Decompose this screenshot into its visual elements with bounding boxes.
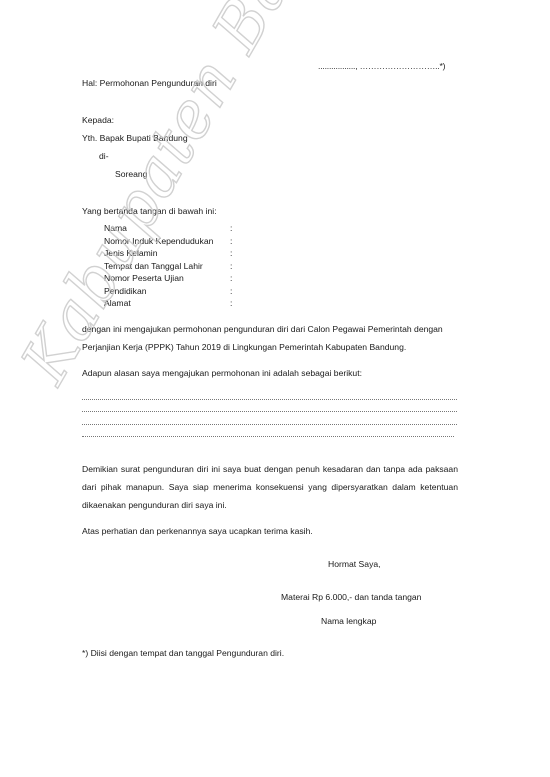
recipient-place: Soreang: [115, 169, 148, 179]
recipient-di: di-: [99, 151, 109, 161]
field-separator: :: [230, 297, 240, 310]
field-row: Pendidikan :: [104, 285, 264, 298]
request-paragraph: dengan ini mengajukan permohonan pengund…: [82, 320, 458, 356]
reason-dotted-line: [82, 387, 457, 400]
field-label: Nomor Induk Kependudukan: [104, 235, 230, 248]
field-separator: :: [230, 260, 240, 273]
closing-sentence: Atas perhatian dan perkenannya saya ucap…: [82, 526, 313, 536]
letter-subject: Hal: Permohonan Pengunduran diri: [82, 78, 217, 88]
field-label: Tempat dan Tanggal Lahir: [104, 260, 230, 273]
field-label: Nama: [104, 222, 230, 235]
field-separator: :: [230, 285, 240, 298]
recipient-name: Yth. Bapak Bupati Bandung: [82, 133, 188, 143]
signature-name: Nama lengkap: [321, 616, 376, 626]
field-row: Nama :: [104, 222, 264, 235]
field-row: Alamat :: [104, 297, 264, 310]
signatory-intro: Yang bertanda tangan di bawah ini:: [82, 206, 217, 216]
statement-paragraph: Demikian surat pengunduran diri ini saya…: [82, 460, 458, 514]
field-label: Nomor Peserta Ujian: [104, 272, 230, 285]
identity-fields: Nama : Nomor Induk Kependudukan : Jenis …: [104, 222, 264, 310]
field-label: Pendidikan: [104, 285, 230, 298]
reason-lines: [82, 387, 457, 437]
reason-dotted-line: [82, 425, 454, 438]
document-page: ................., ………………………..*) Hal: Pe…: [0, 0, 550, 777]
signature-salutation: Hormat Saya,: [328, 559, 381, 569]
footnote: *) Diisi dengan tempat dan tanggal Pengu…: [82, 648, 284, 658]
field-separator: :: [230, 235, 240, 248]
field-label: Jenis Kelamin: [104, 247, 230, 260]
reason-dotted-line: [82, 412, 457, 425]
field-row: Jenis Kelamin :: [104, 247, 264, 260]
reason-intro: Adapun alasan saya mengajukan permohonan…: [82, 368, 362, 378]
field-separator: :: [230, 222, 240, 235]
date-placeholder: ................., ………………………..*): [318, 61, 445, 71]
field-row: Nomor Peserta Ujian :: [104, 272, 264, 285]
field-separator: :: [230, 272, 240, 285]
field-label: Alamat: [104, 297, 230, 310]
recipient-label: Kepada:: [82, 115, 114, 125]
field-separator: :: [230, 247, 240, 260]
field-row: Nomor Induk Kependudukan :: [104, 235, 264, 248]
signature-stamp-note: Materai Rp 6.000,- dan tanda tangan: [281, 592, 421, 602]
reason-dotted-line: [82, 400, 457, 413]
field-row: Tempat dan Tanggal Lahir :: [104, 260, 264, 273]
